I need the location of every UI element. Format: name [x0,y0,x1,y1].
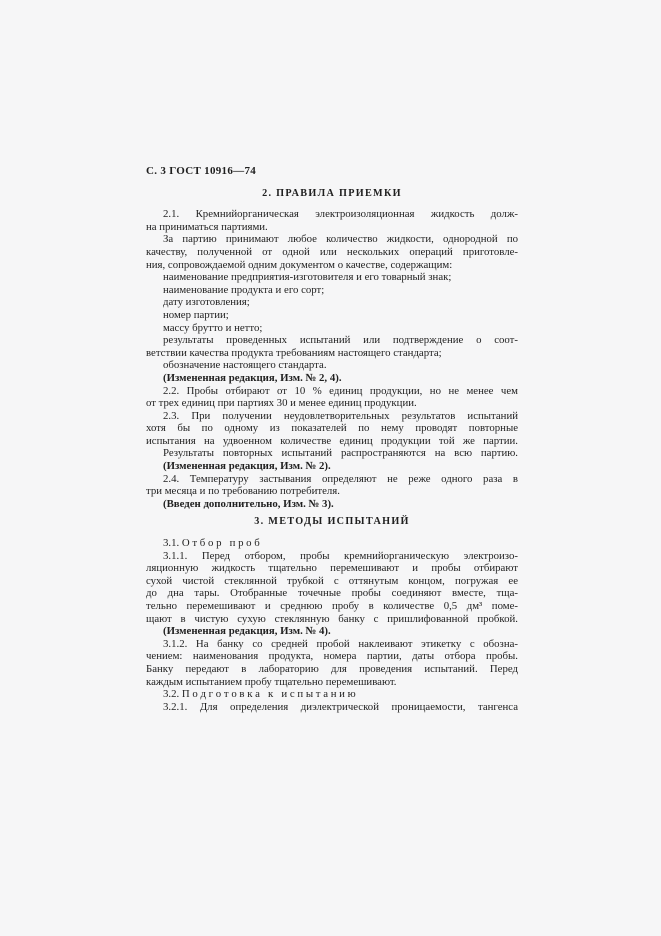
section-heading: 2. ПРАВИЛА ПРИЕМКИ [146,188,518,201]
text-line: 3.2. П о д г о т о в к а к и с п ы т а н… [146,688,518,701]
document-text-block: С. 3 ГОСТ 10916—74 2. ПРАВИЛА ПРИЕМКИ2.1… [146,165,518,713]
text-line: испытания на удвоенном количестве единиц… [146,435,518,448]
text-line: ния, сопровождаемой одним документом о к… [146,259,518,272]
text-line: ляционную жидкость тщательно перемешиваю… [146,562,518,575]
text-line: (Измененная редакция, Изм. № 4). [146,625,518,638]
text-line: наименование продукта и его сорт; [146,284,518,297]
text-line: Банку передают в лабораторию для проведе… [146,663,518,676]
section-heading: 3. МЕТОДЫ ИСПЫТАНИЙ [146,516,518,529]
text-line: 3.2.1. Для определения диэлектрической п… [146,701,518,714]
text-line: 2.2. Пробы отбирают от 10 % единиц проду… [146,385,518,398]
text-line: 2.3. При получении неудовлетворительных … [146,410,518,423]
text-line: щают в чистую сухую стеклянную банку с п… [146,613,518,626]
text-line: сухой чистой стеклянной трубкой с оттяну… [146,575,518,588]
text-line: номер партии; [146,309,518,322]
text-line: до дна тары. Отобранные точечные пробы с… [146,587,518,600]
text-line: обозначение настоящего стандарта. [146,359,518,372]
text-line: (Измененная редакция, Изм. № 2). [146,460,518,473]
text-line: 2.1. Кремнийорганическая электроизоляцио… [146,208,518,221]
text-line: чением: наименования продукта, номера па… [146,650,518,663]
text-line: 2.4. Температуру застывания определяют н… [146,473,518,486]
page-header: С. 3 ГОСТ 10916—74 [146,165,518,178]
text-line: каждым испытанием пробу тщательно переме… [146,676,518,689]
text-line: массу брутто и нетто; [146,322,518,335]
scanned-page: С. 3 ГОСТ 10916—74 2. ПРАВИЛА ПРИЕМКИ2.1… [0,0,661,936]
text-line: За партию принимают любое количество жид… [146,233,518,246]
text-line: от трех единиц при партиях 30 и менее ед… [146,397,518,410]
text-line: 3.1.1. Перед отбором, пробы кремнийорган… [146,550,518,563]
text-line: наименование предприятия-изготовителя и … [146,271,518,284]
text-line: качеству, полученной от одной или нескол… [146,246,518,259]
text-line: 3.1. О т б о р п р о б [146,537,518,550]
text-line: (Введен дополнительно, Изм. № 3). [146,498,518,511]
text-line: на приниматься партиями. [146,221,518,234]
text-line: (Измененная редакция, Изм. № 2, 4). [146,372,518,385]
text-line: 3.1.2. На банку со средней пробой наклеи… [146,638,518,651]
text-line: хотя бы по одному из показателей по нему… [146,422,518,435]
text-line: результаты проведенных испытаний или под… [146,334,518,347]
text-line: три месяца и по требованию потребителя. [146,485,518,498]
document-body: 2. ПРАВИЛА ПРИЕМКИ2.1. Кремнийорганическ… [146,188,518,714]
text-line: дату изготовления; [146,296,518,309]
text-line: тельно перемешивают и среднюю пробу в ко… [146,600,518,613]
text-line: ветствии качества продукта требованиям н… [146,347,518,360]
text-line: Результаты повторных испытаний распростр… [146,447,518,460]
